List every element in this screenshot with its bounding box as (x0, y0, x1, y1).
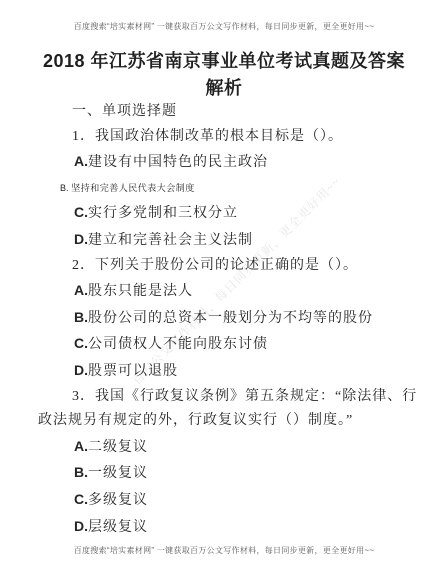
option-b-text: 坚持和完善人民代表大会制度 (69, 183, 195, 193)
option-a-text: 股东只能是法人 (88, 284, 193, 299)
question-1-stem: 我国政治体制改革的根本目标是（）。 (95, 129, 343, 144)
option-b-text: 股份公司的总资本一般划分为不均等的股份 (88, 311, 373, 326)
option-d-text: 层级复议 (88, 520, 148, 535)
exam-body: 一、单项选择题 1．我国政治体制改革的根本目标是（）。 A.建设有中国特色的民主… (38, 100, 418, 540)
option-d-label: D. (74, 362, 88, 378)
header-promo-note: 百度搜索“培实素材网” 一键获取百万公文写作材料，每日同步更新，更全更好用~~ (0, 21, 448, 32)
document-title: 2018 年江苏省南京事业单位考试真题及答案解析 (34, 48, 414, 102)
option-c-text: 公司债权人不能向股东讨债 (88, 337, 268, 352)
question-2: 2．下列关于股份公司的论述正确的是（）。 (38, 254, 418, 279)
question-1-option-b: B. 坚持和完善人民代表大会制度 (38, 176, 418, 201)
question-3-stem: 我国《行政复议条例》第五条规定：“除法律、行政法规另有规定的外，行政复议实行（）… (38, 389, 417, 429)
question-2-option-d: D.股票可以退股 (38, 358, 418, 385)
question-3-number: 3． (72, 389, 95, 404)
option-a-label: A. (74, 153, 88, 169)
option-c-label: C. (74, 491, 88, 507)
option-a-text: 建设有中国特色的民主政治 (88, 155, 268, 170)
option-d-text: 股票可以退股 (88, 364, 178, 379)
option-d-label: D. (74, 518, 88, 534)
option-b-text: 一级复议 (88, 466, 148, 481)
question-1-number: 1． (72, 129, 95, 144)
option-b-label: B. (74, 309, 88, 325)
footer-promo-note: 百度搜索“培实素材网” 一键获取百万公文写作材料，每日同步更新，更全更好用~~ (0, 545, 448, 556)
question-2-option-b: B.股份公司的总资本一般划分为不均等的股份 (38, 305, 418, 332)
question-2-number: 2． (72, 258, 95, 273)
section-heading: 一、单项选择题 (38, 100, 418, 125)
question-3: 3．我国《行政复议条例》第五条规定：“除法律、行政法规另有规定的外，行政复议实行… (38, 385, 418, 434)
question-3-option-d: D.层级复议 (38, 514, 418, 541)
option-c-text: 实行多党制和三权分立 (88, 206, 238, 221)
question-3-option-c: C.多级复议 (38, 487, 418, 514)
question-2-option-a: A.股东只能是法人 (38, 278, 418, 305)
question-3-option-b: B.一级复议 (38, 460, 418, 487)
question-3-option-a: A.二级复议 (38, 434, 418, 461)
option-c-label: C. (74, 204, 88, 220)
option-d-label: D. (74, 231, 88, 247)
question-1: 1．我国政治体制改革的根本目标是（）。 (38, 125, 418, 150)
document-page: 百万公文写作材料，每日同步更新，更全更好用~~ 百度搜索“培实素材网” 一键获取… (0, 0, 448, 580)
option-b-label: B. (74, 464, 88, 480)
option-c-text: 多级复议 (88, 493, 148, 508)
option-c-label: C. (74, 335, 88, 351)
option-a-text: 二级复议 (88, 440, 148, 455)
option-a-label: A. (74, 282, 88, 298)
option-d-text: 建立和完善社会主义法制 (88, 233, 253, 248)
question-2-stem: 下列关于股份公司的论述正确的是（）。 (95, 258, 358, 273)
option-a-label: A. (74, 438, 88, 454)
question-1-option-a: A.建设有中国特色的民主政治 (38, 149, 418, 176)
question-1-option-c: C.实行多党制和三权分立 (38, 200, 418, 227)
question-2-option-c: C.公司债权人不能向股东讨债 (38, 331, 418, 358)
question-1-option-d: D.建立和完善社会主义法制 (38, 227, 418, 254)
option-b-label: B. (60, 183, 69, 193)
